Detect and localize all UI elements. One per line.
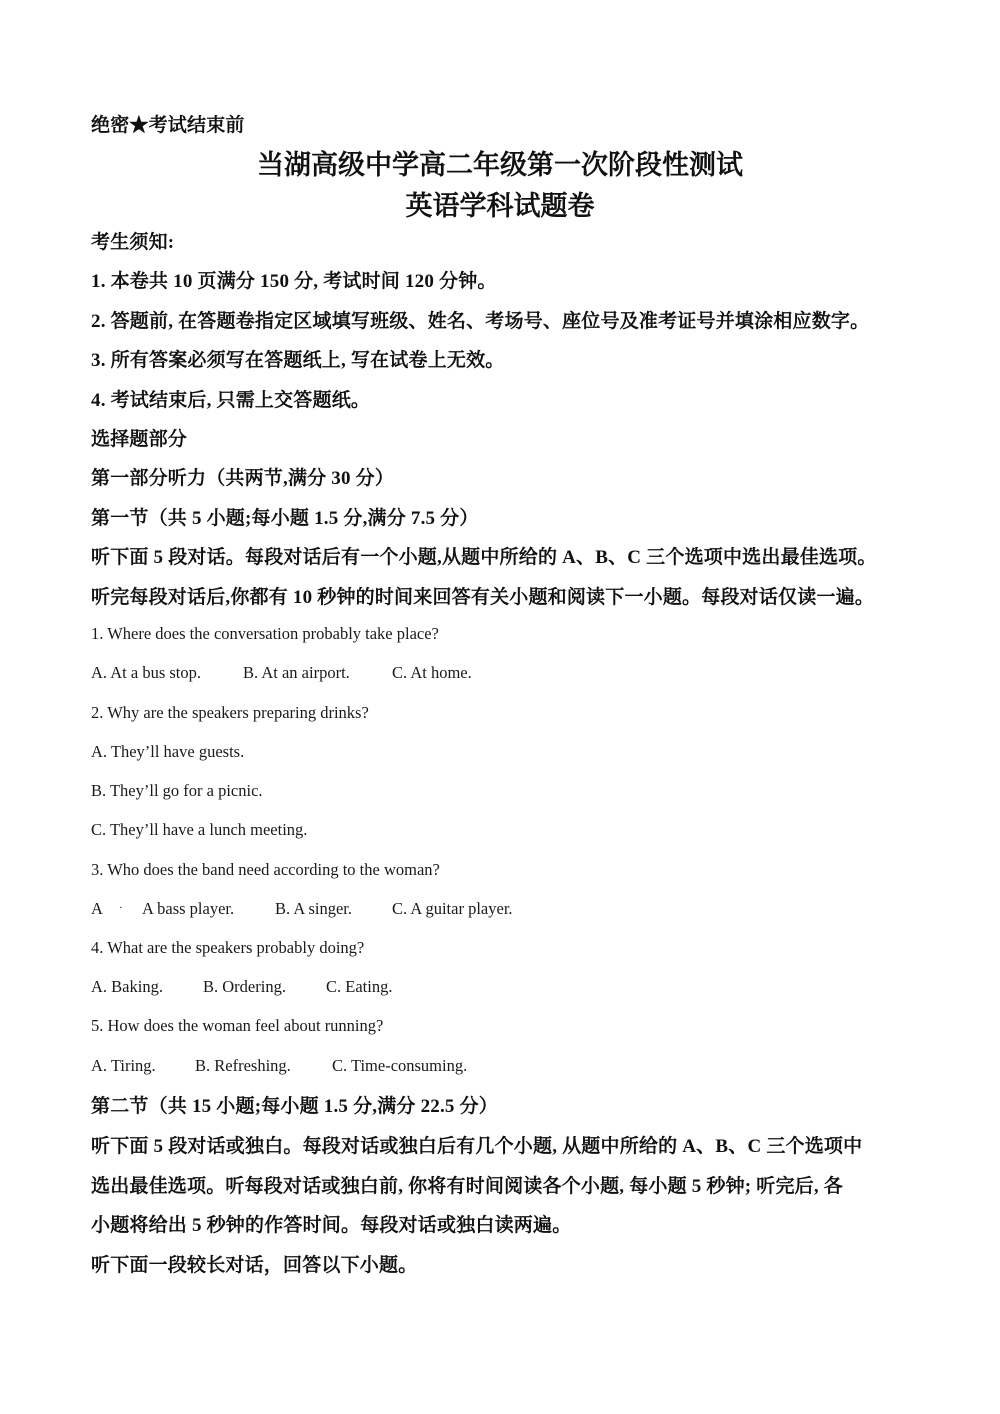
- q2-option-a: A. They’ll have guests.: [91, 744, 244, 761]
- q3-option-a-label: A: [91, 901, 103, 918]
- question-2-stem: 2. Why are the speakers preparing drinks…: [91, 705, 369, 722]
- section1-heading: 第一节（共 5 小题;每小题 1.5 分,满分 7.5 分）: [91, 509, 479, 528]
- section2-instruction-2: 选出最佳选项。听每段对话或独白前, 你将有时间阅读各个小题, 每小题 5 秒钟;…: [91, 1177, 843, 1196]
- exam-page: 绝密★考试结束前 当湖高级中学高二年级第一次阶段性测试 英语学科试题卷 考生须知…: [0, 0, 1000, 1414]
- section2-lead-in: 听下面一段较长对话，回答以下小题。: [91, 1256, 417, 1275]
- q3-option-c: C. A guitar player.: [392, 901, 513, 918]
- q1-option-c: C. At home.: [392, 665, 472, 682]
- exam-subtitle: 英语学科试题卷: [0, 193, 1000, 220]
- section2-heading: 第二节（共 15 小题;每小题 1.5 分,满分 22.5 分）: [91, 1097, 498, 1116]
- q4-option-c: C. Eating.: [326, 979, 392, 996]
- exam-title: 当湖高级中学高二年级第一次阶段性测试: [0, 152, 1000, 179]
- section1-instruction-2: 听完每段对话后,你都有 10 秒钟的时间来回答有关小题和阅读下一小题。每段对话仅…: [91, 588, 874, 607]
- q1-option-a: A. At a bus stop.: [91, 665, 201, 682]
- question-1-stem: 1. Where does the conversation probably …: [91, 626, 439, 643]
- q5-option-c: C. Time-consuming.: [332, 1058, 467, 1075]
- section2-instruction-3: 小题将给出 5 秒钟的作答时间。每段对话或独白读两遍。: [91, 1216, 571, 1235]
- section1-instruction-1: 听下面 5 段对话。每段对话后有一个小题,从题中所给的 A、B、C 三个选项中选…: [91, 548, 877, 567]
- section2-instruction-1: 听下面 5 段对话或独白。每段对话或独白后有几个小题, 从题中所给的 A、B、C…: [91, 1137, 862, 1156]
- q3-option-a-dot: ·: [119, 903, 123, 914]
- notice-item-4: 4. 考试结束后, 只需上交答题纸。: [91, 391, 370, 410]
- section-choice-heading: 选择题部分: [91, 430, 187, 449]
- q3-option-a: A bass player.: [142, 901, 234, 918]
- q5-option-a: A. Tiring.: [91, 1058, 156, 1075]
- confidential-label: 绝密★考试结束前: [91, 116, 245, 135]
- q3-option-b: B. A singer.: [275, 901, 352, 918]
- part1-heading: 第一部分听力（共两节,满分 30 分）: [91, 469, 394, 488]
- notice-heading: 考生须知:: [91, 233, 174, 252]
- notice-item-1: 1. 本卷共 10 页满分 150 分, 考试时间 120 分钟。: [91, 272, 497, 291]
- q4-option-b: B. Ordering.: [203, 979, 286, 996]
- question-3-stem: 3. Who does the band need according to t…: [91, 862, 440, 879]
- question-4-stem: 4. What are the speakers probably doing?: [91, 940, 364, 957]
- q2-option-c: C. They’ll have a lunch meeting.: [91, 822, 307, 839]
- q5-option-b: B. Refreshing.: [195, 1058, 291, 1075]
- notice-item-2: 2. 答题前, 在答题卷指定区域填写班级、姓名、考场号、座位号及准考证号并填涂相…: [91, 312, 869, 331]
- q4-option-a: A. Baking.: [91, 979, 163, 996]
- q1-option-b: B. At an airport.: [243, 665, 350, 682]
- question-5-stem: 5. How does the woman feel about running…: [91, 1018, 383, 1035]
- notice-item-3: 3. 所有答案必须写在答题纸上, 写在试卷上无效。: [91, 351, 505, 370]
- q2-option-b: B. They’ll go for a picnic.: [91, 783, 263, 800]
